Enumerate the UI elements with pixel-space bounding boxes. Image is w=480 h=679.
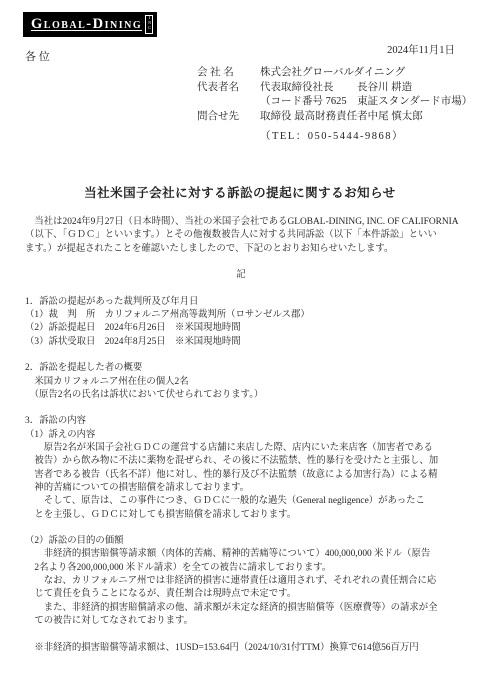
text-line: （3）訴状受取日 2024年8月25日 ※米国現地時間 (25, 336, 457, 349)
representative-row: 代表者名 代表取締役社長長谷川 耕造 (197, 81, 472, 96)
text-line: じて責任を負うことになるが、責任割合は現時点で未定です。 (25, 588, 457, 601)
text-line: 原告2名が米国子会社ＧＤＣの運営する店舗に来店した際、店内にいた来店客（加害者で… (25, 442, 457, 455)
contact-name: 中尾 慎太郎 (368, 111, 423, 122)
section-3-claim-content: 3．訴訟の内容（1）訴えの内容 原告2名が米国子会社ＧＤＣの運営する店舗に来店し… (25, 415, 457, 521)
company-name-row: 会 社 名 株式会社グローバルダイニング (197, 66, 472, 81)
fx-note: ※非経済的損害賠償等請求額は、1USD=153.64円（2024/10/31付T… (25, 642, 457, 655)
text-line: （原告2名の氏名は訴状において伏せられております。） (25, 389, 457, 402)
telephone-row: （TEL：050-5444-9868） (197, 130, 472, 145)
contact-value: 取締役 最高財務責任者中尾 慎太郎 (260, 110, 423, 125)
text-line: 神的苦痛についての損害賠償を請求しております。 (25, 482, 457, 495)
text-line: とを主張し、ＧＤＣに対しても損害賠償を請求しております。 (25, 509, 457, 522)
text-line: 3．訴訟の内容 (25, 415, 457, 428)
text-line: 被告）から飲み物に不法に薬物を混ぜられ、その後に不法監禁、性的暴行を受けたと主張… (25, 455, 457, 468)
record-mark: 記 (25, 269, 457, 282)
contact-label: 問合せ先 (197, 110, 260, 125)
company-name-label: 会 社 名 (197, 66, 260, 81)
representative-label: 代表者名 (197, 81, 260, 96)
text-line: （以下、「ＧＤＣ」といいます。）とその他複数被告人に対する共同訴訟（以下「本件訴… (25, 229, 457, 242)
text-line: 非経済的損害賠償等請求額（肉体的苦痛、精神的苦痛等について）400,000,00… (25, 548, 457, 561)
press-release-page: Global-Dining INC. 2024年11月1日 各 位 会 社 名 … (0, 0, 480, 679)
representative-title: 代表取締役社長 (260, 81, 357, 96)
text-line: ての被告に対してなされております。 (25, 615, 457, 628)
representative-name: 長谷川 耕造 (357, 82, 412, 93)
contact-row: 問合せ先 取締役 最高財務責任者中尾 慎太郎 (197, 110, 472, 125)
company-name-value: 株式会社グローバルダイニング (260, 66, 405, 81)
text-line: ます。）が提起されたことを確認いたしましたので、下記のとおりお知らせいたします。 (25, 243, 457, 256)
stock-code-value: （コード番号 7625 東証スタンダード市場） (260, 95, 472, 110)
intro-paragraph: 当社は2024年9月27日（日本時間）、当社の米国子会社であるGLOBAL-DI… (25, 216, 457, 256)
text-line: （2）訴訟の目的の価額 (25, 535, 457, 548)
telephone-label-spacer (197, 130, 260, 145)
text-line: 2．訴訟を提起した者の概要 (25, 362, 457, 375)
representative-value: 代表取締役社長長谷川 耕造 (260, 81, 412, 96)
stock-code-label-spacer (197, 95, 260, 110)
text-line: （1）訴えの内容 (25, 429, 457, 442)
text-line: 米国カリフォルニア州在住の個人2名 (25, 376, 457, 389)
document-body: 当社は2024年9月27日（日本時間）、当社の米国子会社であるGLOBAL-DI… (25, 216, 457, 668)
text-line: なお、カリフォルニア州では非経済的損害に連帯責任は適用されず、それぞれの責任割合… (25, 575, 457, 588)
text-line: 害者である被告（氏名不詳）他に対し、性的暴行及び不法監禁（故意による加害行為）に… (25, 469, 457, 482)
text-line: 記 (25, 269, 457, 282)
text-line: 当社は2024年9月27日（日本時間）、当社の米国子会社であるGLOBAL-DI… (25, 216, 457, 229)
salutation: 各 位 (25, 51, 50, 64)
text-line: 1．訴訟の提起があった裁判所及び年月日 (25, 296, 457, 309)
section-3-claim-amount: （2）訴訟の目的の価額 非経済的損害賠償等請求額（肉体的苦痛、精神的苦痛等につい… (25, 535, 457, 628)
section-1-court: 1．訴訟の提起があった裁判所及び年月日（1）裁 判 所 カリフォルニア州高等裁判… (25, 296, 457, 349)
company-info: 会 社 名 株式会社グローバルダイニング 代表者名 代表取締役社長長谷川 耕造 … (197, 66, 472, 145)
section-2-plaintiffs: 2．訴訟を提起した者の概要 米国カリフォルニア州在住の個人2名 （原告2名の氏名… (25, 362, 457, 402)
text-line: ※非経済的損害賠償等請求額は、1USD=153.64円（2024/10/31付T… (25, 642, 457, 655)
global-dining-logo: Global-Dining INC. (23, 12, 157, 37)
text-line: 2名より各200,000,000 米ドル請求）を全ての被告に請求しております。 (25, 562, 457, 575)
text-line: そして、原告は、この事件につき、ＧＤＣに一般的な過失（General negli… (25, 495, 457, 508)
logo-wordmark: Global-Dining (31, 17, 142, 32)
stock-code-row: （コード番号 7625 東証スタンダード市場） (197, 95, 472, 110)
logo-inc-tab: INC. (145, 15, 153, 34)
document-title: 当社米国子会社に対する訴訟の提起に関するお知らせ (0, 186, 480, 201)
text-line: （2）訴訟提起日 2024年6月26日 ※米国現地時間 (25, 322, 457, 335)
document-date: 2024年11月1日 (387, 44, 455, 57)
telephone-value: （TEL：050-5444-9868） (260, 130, 404, 145)
text-line: （1）裁 判 所 カリフォルニア州高等裁判所（ロサンゼルス郡） (25, 309, 457, 322)
text-line: また、非経済的損害賠償請求の他、請求額が未定な経済的損害賠償等（医療費等）の請求… (25, 602, 457, 615)
contact-title: 取締役 最高財務責任者 (260, 110, 368, 125)
